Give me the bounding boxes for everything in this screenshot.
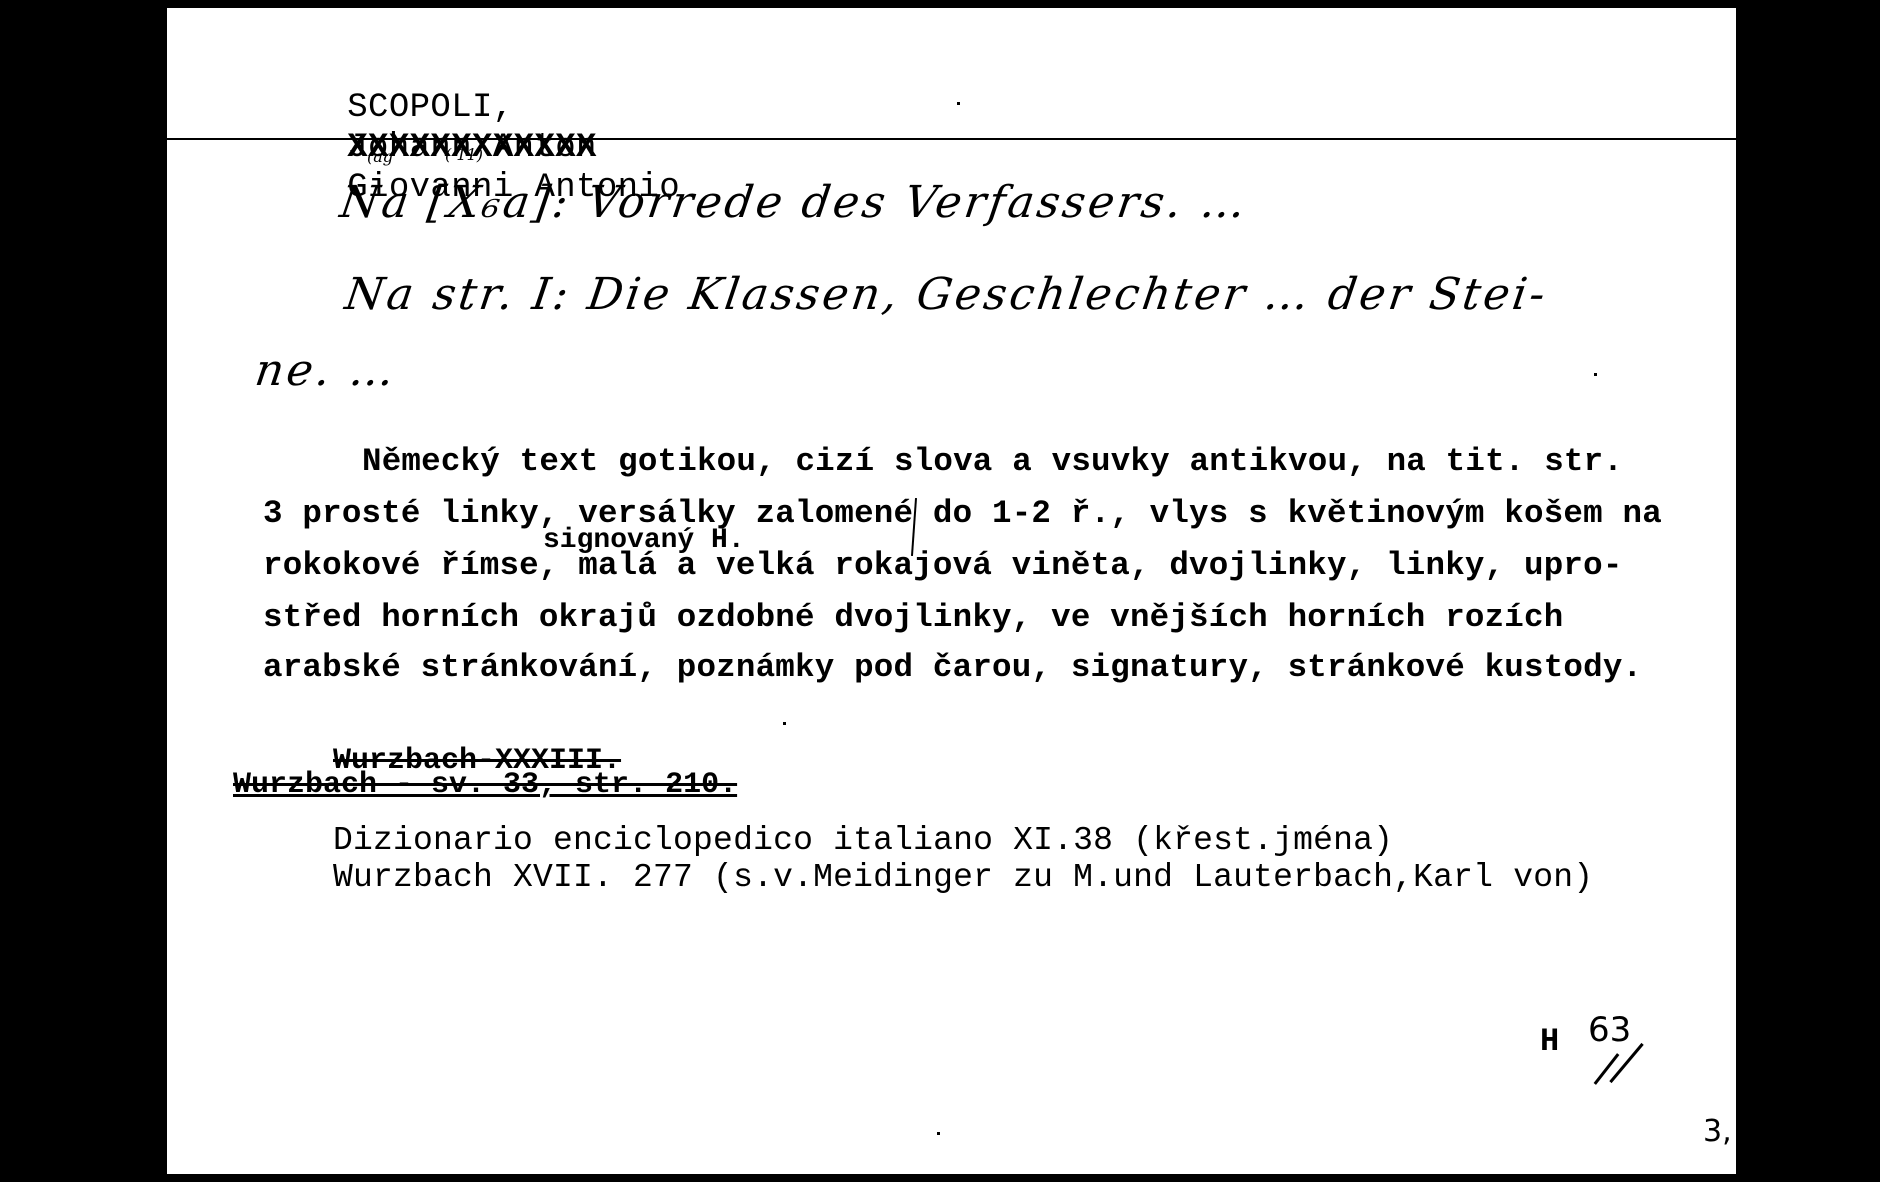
handwritten-note-line-2: Na str. I: Die Klassen, Geschlechter … d… <box>342 270 1551 320</box>
description-line-1: Německý text gotikou, cizí slova a vsuvk… <box>362 440 1623 483</box>
speck <box>957 102 960 105</box>
description-line-3: rokokové římse, malá a velká rokajová vi… <box>263 544 1623 587</box>
signature-number: 63 <box>1588 1010 1631 1050</box>
speck <box>937 1132 940 1135</box>
handwritten-superscript-2: ( 11) <box>445 146 483 164</box>
description-line-5: arabské stránkování, poznámky pod čarou,… <box>263 646 1642 689</box>
signature-letter: H <box>1540 1023 1559 1060</box>
speck <box>1594 373 1597 376</box>
surname: SCOPOLI, <box>347 89 513 127</box>
speck <box>783 722 786 725</box>
heading-divider <box>167 138 1736 140</box>
handwritten-note-line-3: ne. … <box>252 346 400 396</box>
corner-mark: 3, <box>1703 1114 1732 1149</box>
check-mark <box>1594 1053 1620 1085</box>
description-line-2: 3 prosté linky, versálky zalomené do 1-2… <box>263 492 1662 535</box>
handwritten-note-line-1: Na [X₆a]: Vorrede des Verfassers. … <box>337 178 1251 228</box>
struck-reference-2: Wurzbach - sv. 33, str. 210. <box>233 770 737 800</box>
handwritten-superscript-1: (ag <box>367 148 393 166</box>
catalog-card: SCOPOLI, Johann AntonXXXXXXXXXXXX Giovan… <box>167 8 1736 1174</box>
description-line-4: střed horních okrajů ozdobné dvojlinky, … <box>263 596 1563 639</box>
reference-2: Wurzbach XVII. 277 (s.v.Meidinger zu M.u… <box>333 859 1593 896</box>
description-insertion: signovaný H. <box>543 526 745 556</box>
reference-1: Dizionario enciclopedico italiano XI.38 … <box>333 822 1393 859</box>
